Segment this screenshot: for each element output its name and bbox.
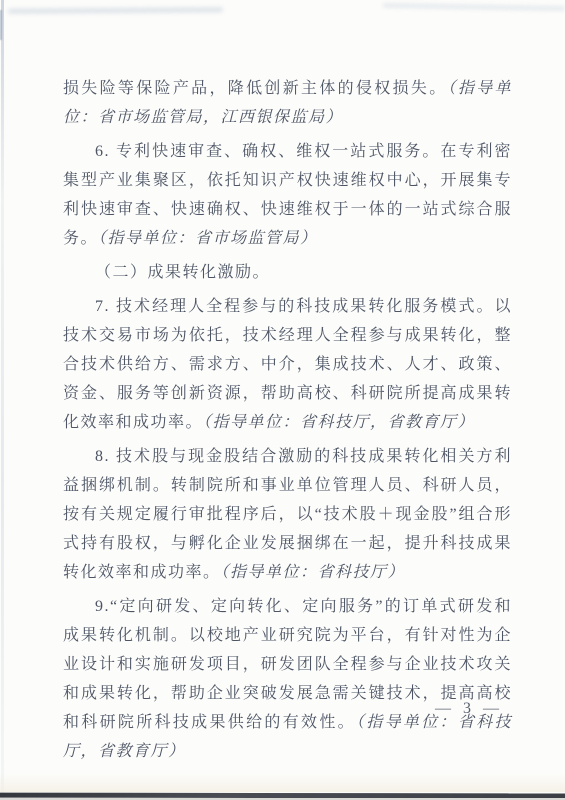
paragraph-segment-heading: （二）成果转化激励。 bbox=[95, 264, 270, 281]
heading-section-2: （二）成果转化激励。 bbox=[63, 258, 512, 287]
paragraph-segment-note: （指导单位：省科技厅） bbox=[221, 564, 406, 581]
para-8: 8. 技术股与现金股结合激励的科技成果转化相关方利益捆绑机制。转制院所和事业单位… bbox=[63, 442, 512, 587]
paragraph-segment-note: （指导单位：省市场监管局） bbox=[98, 230, 318, 247]
document-body: 损失险等保险产品，降低创新主体的侵权损失。（指导单位：省市场监管局，江西银保监局… bbox=[63, 74, 512, 766]
paragraph-segment-body: 7. 技术经理人全程参与的科技成果转化服务模式。以技术交易市场为依托，技术经理人… bbox=[63, 298, 512, 431]
paragraph-segment-body: 8. 技术股与现金股结合激励的科技成果转化相关方利益捆绑机制。转制院所和事业单位… bbox=[63, 448, 512, 581]
scan-artifact-left-tick bbox=[0, 10, 2, 40]
para-7: 7. 技术经理人全程参与的科技成果转化服务模式。以技术交易市场为依托，技术经理人… bbox=[63, 292, 512, 437]
paragraph-segment-note: （指导单位：省科技厅，省教育厅） bbox=[203, 414, 475, 431]
scan-artifact-top-right bbox=[383, 3, 565, 10]
page-number: — 3 — bbox=[435, 700, 503, 718]
scan-artifact-left-edge bbox=[1, 0, 4, 800]
document-page: 损失险等保险产品，降低创新主体的侵权损失。（指导单位：省市场监管局，江西银保监局… bbox=[63, 74, 512, 771]
para-9: 9.“定向研发、定向转化、定向服务”的订单式研发和成果转化机制。以校地产业研究院… bbox=[63, 592, 512, 766]
para-6: 6. 专利快速审查、确权、维权一站式服务。在专利密集型产业集聚区，依托知识产权快… bbox=[63, 137, 512, 253]
paragraph-segment-body: 损失险等保险产品，降低创新主体的侵权损失。 bbox=[63, 80, 448, 97]
para-5-continuation: 损失险等保险产品，降低创新主体的侵权损失。（指导单位：省市场监管局，江西银保监局… bbox=[63, 74, 512, 132]
scan-artifact-top-left bbox=[8, 7, 223, 14]
scanned-document: 损失险等保险产品，降低创新主体的侵权损失。（指导单位：省市场监管局，江西银保监局… bbox=[0, 0, 565, 800]
scan-artifact-bottom-tint bbox=[0, 774, 565, 792]
